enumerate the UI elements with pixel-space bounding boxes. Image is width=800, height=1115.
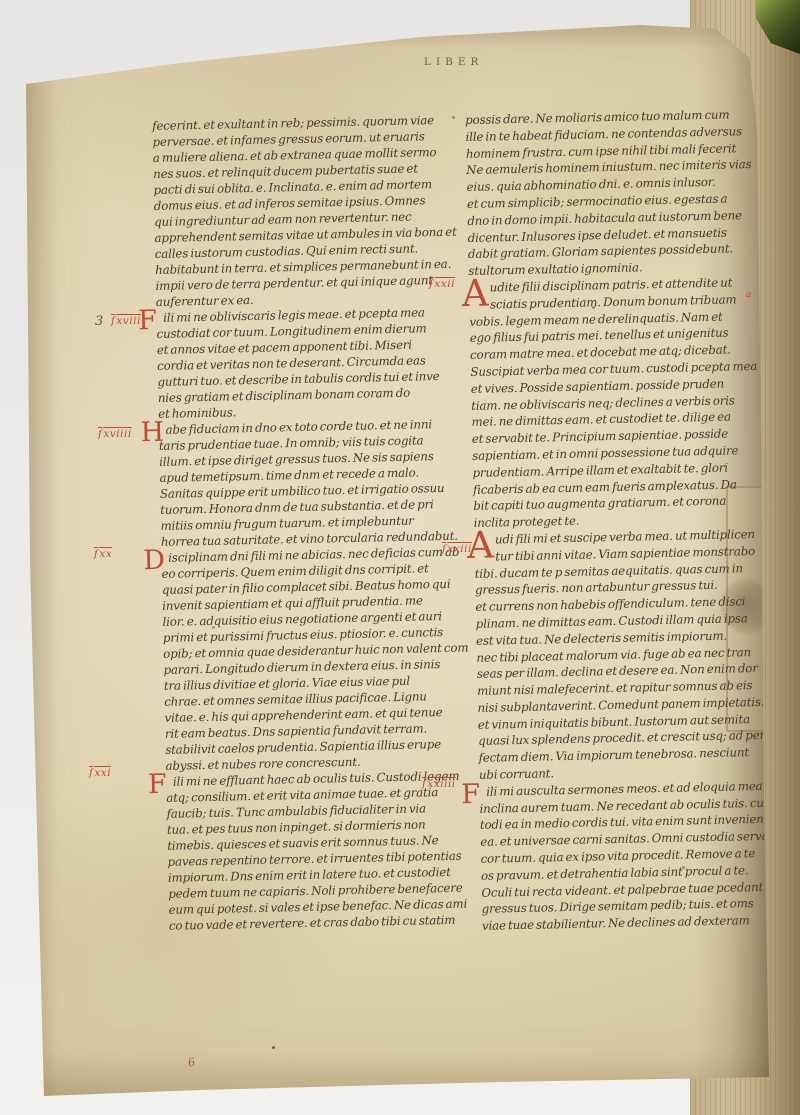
chapter-numeral: xviii (111, 315, 141, 327)
parchment-specks (272, 1046, 275, 1049)
chapter-numeral: xxiiii (422, 778, 456, 790)
chapter-numeral: xxi (89, 767, 111, 779)
running-title: LIBER (424, 56, 483, 68)
rubric-initial: H (140, 420, 164, 446)
text-block: fecerint. et exultant in reb; pessimis. … (152, 112, 456, 310)
text-block: Disciplinam dni fili mi ne abicias. nec … (161, 544, 466, 774)
rubric-initial: D (143, 548, 165, 574)
text-block: Audite filii disciplinam patris. et atte… (469, 274, 770, 532)
manuscript-photo: LIBER 3 a 6 fecerint. et exultant in reb… (0, 0, 800, 1115)
rubric-initial: F (461, 782, 480, 808)
chapter-numeral: xviiii (98, 428, 132, 440)
quire-number: 3 (95, 314, 103, 329)
text-column-right: possis dare. Ne moliaris amico tuo malum… (465, 106, 778, 935)
text-block: Fili mi ne effluant haec ab oculis tuis.… (166, 768, 469, 934)
text-block: Fili mi ne obliviscaris legis meae. et p… (156, 304, 458, 422)
text-block: Fili mi ausculta sermones meos. et ad el… (479, 778, 778, 935)
rubric-initial: A (461, 278, 489, 309)
chapter-numeral: xxiii (442, 543, 472, 555)
chapter-numeral: xxii (429, 278, 455, 290)
manuscript-page: LIBER 3 a 6 fecerint. et exultant in reb… (0, 0, 800, 1115)
text-column-left: fecerint. et exultant in reb; pessimis. … (152, 112, 469, 934)
text-block: possis dare. Ne moliaris amico tuo malum… (465, 106, 764, 280)
text-block: Habe fiduciam in dno ex toto corde tuo. … (158, 416, 461, 550)
text-block: Audi fili mi et suscipe verba mea. ut mu… (474, 526, 775, 784)
rubric-initial: F (148, 772, 167, 798)
chapter-numeral: xx (94, 548, 112, 560)
